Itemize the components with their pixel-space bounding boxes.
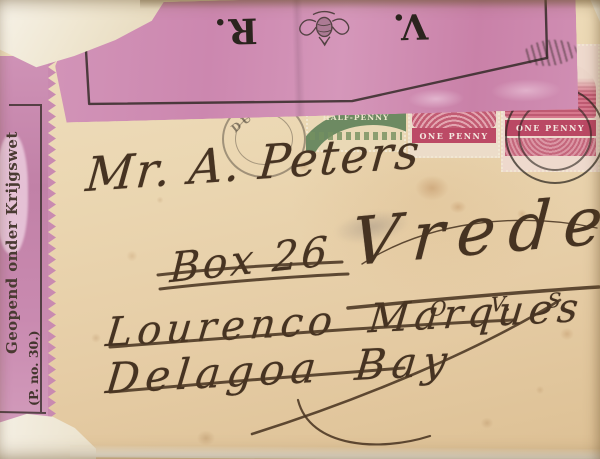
censored-envelope-photo: HALF-PENNY ONE PENNY ONE PENNY DU V. bbox=[0, 0, 600, 459]
royal-arms-icon bbox=[295, 8, 354, 50]
stamp-value-tablet: ONE PENNY bbox=[412, 128, 496, 143]
top-edge-crease bbox=[140, 0, 600, 9]
strip-perforated-edge bbox=[48, 56, 57, 430]
stamp-one-penny-label: ONE PENNY bbox=[419, 131, 488, 141]
strip-text-ref: (P. no. 30.) bbox=[26, 314, 44, 406]
vr-monogram: V. R. bbox=[212, 1, 429, 57]
letter-v: V. bbox=[390, 6, 428, 48]
letter-r: R. bbox=[212, 10, 258, 52]
censor-strip: Geopend onder Krijgswet (P. no. 30.) bbox=[0, 56, 48, 430]
